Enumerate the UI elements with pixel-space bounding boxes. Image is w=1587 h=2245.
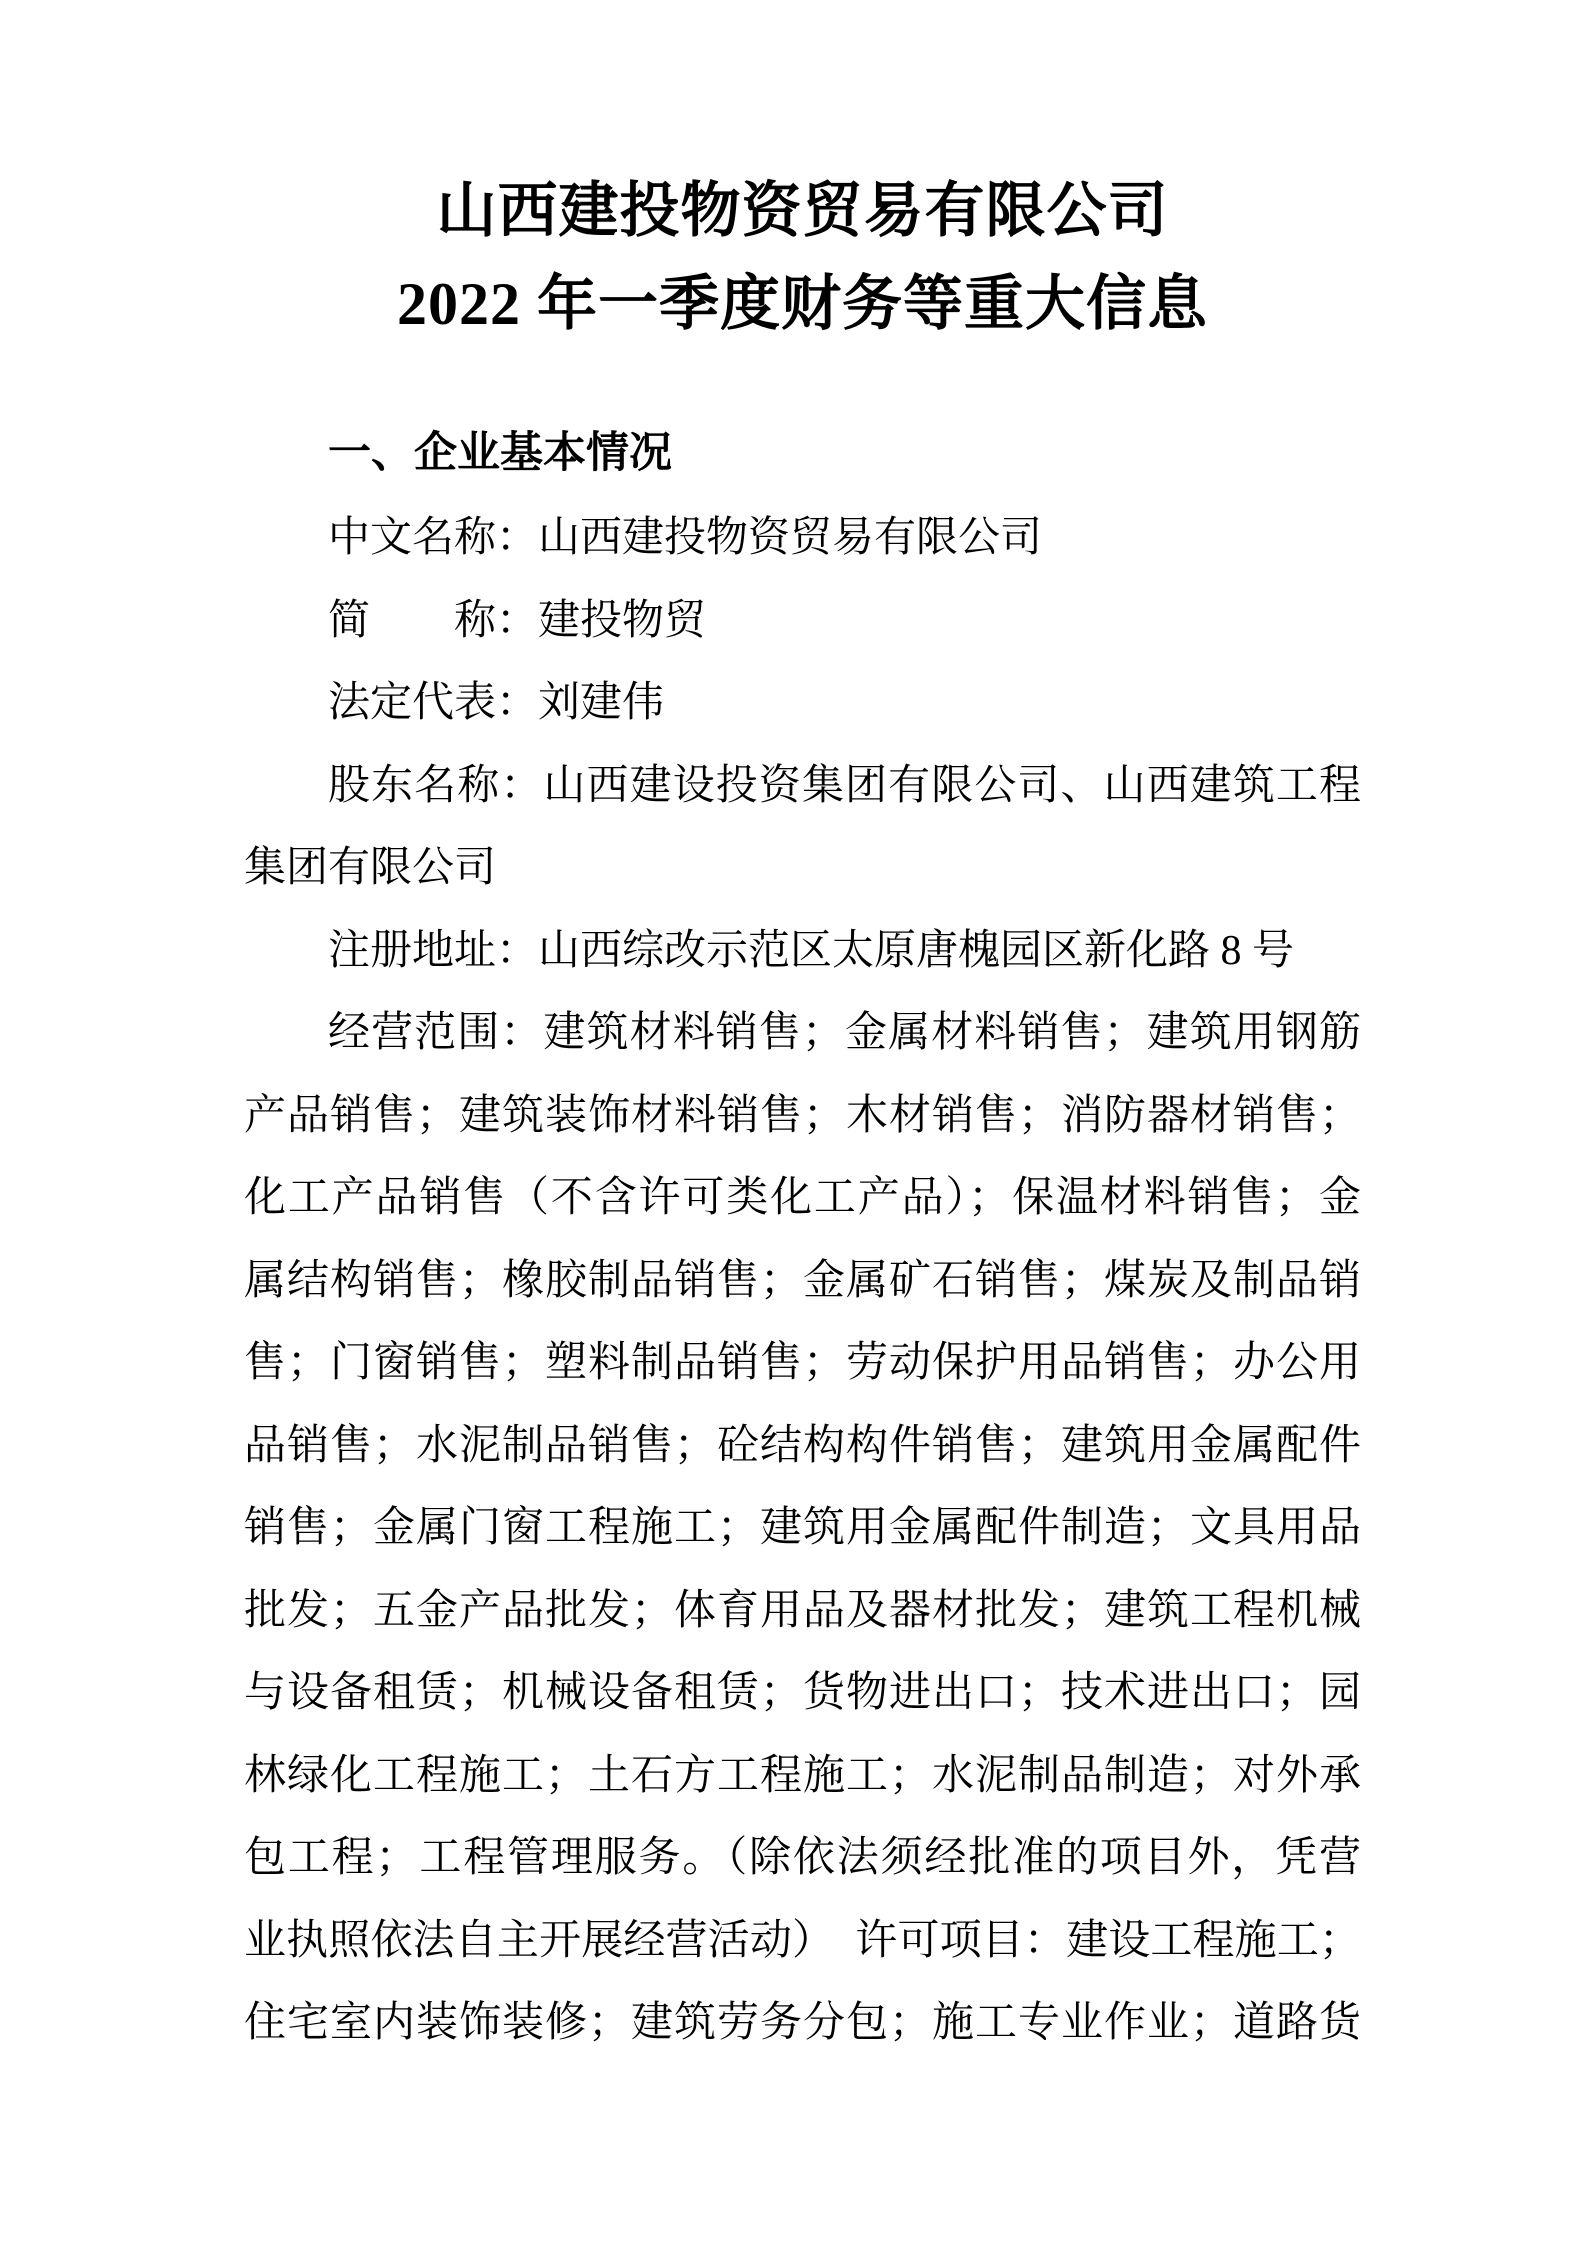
document-title-line1: 山西建投物资贸易有限公司: [244, 165, 1361, 258]
document-line: 品销售；水泥制品销售；砼结构构件销售；建筑用金属配件: [244, 1405, 1361, 1488]
document-line: 集团有限公司: [244, 827, 1361, 910]
document-line: 属结构销售；橡胶制品销售；金属矿石销售；煤炭及制品销: [244, 1240, 1361, 1323]
document-line: 包工程；工程管理服务。（除依法须经批准的项目外，凭营: [244, 1817, 1361, 1900]
document-line: 销售；金属门窗工程施工；建筑用金属配件制造；文具用品: [244, 1487, 1361, 1570]
document-line: 产品销售；建筑装饰材料销售；木材销售；消防器材销售；: [244, 1075, 1361, 1158]
document-content: 山西建投物资贸易有限公司 2022 年一季度财务等重大信息 一、企业基本情况 中…: [0, 165, 1587, 2065]
document-line: 售；门窗销售；塑料制品销售；劳动保护用品销售；办公用: [244, 1322, 1361, 1405]
document-line: 住宅室内装饰装修；建筑劳务分包；施工专业作业；道路货: [244, 1982, 1361, 2065]
document-line: 与设备租赁；机械设备租赁；货物进出口；技术进出口；园: [244, 1652, 1361, 1735]
document-line: 经营范围：建筑材料销售；金属材料销售；建筑用钢筋: [244, 992, 1361, 1075]
document-line: 林绿化工程施工；土石方工程施工；水泥制品制造；对外承: [244, 1735, 1361, 1818]
document-page: 山西建投物资贸易有限公司 2022 年一季度财务等重大信息 一、企业基本情况 中…: [0, 0, 1587, 2245]
document-line: 业执照依法自主开展经营活动） 许可项目：建设工程施工；: [244, 1900, 1361, 1983]
document-line: 简 称：建投物贸: [244, 580, 1361, 663]
document-line: 股东名称：山西建设投资集团有限公司、山西建筑工程: [244, 745, 1361, 828]
document-line: 法定代表：刘建伟: [244, 662, 1361, 745]
document-title-line2: 2022 年一季度财务等重大信息: [244, 258, 1361, 351]
document-line: 注册地址：山西综改示范区太原唐槐园区新化路 8 号: [244, 910, 1361, 993]
document-line: 化工产品销售（不含许可类化工产品）；保温材料销售；金: [244, 1157, 1361, 1240]
document-body: 中文名称：山西建投物资贸易有限公司简 称：建投物贸法定代表：刘建伟股东名称：山西…: [244, 497, 1361, 2065]
document-title: 山西建投物资贸易有限公司 2022 年一季度财务等重大信息: [244, 165, 1361, 351]
document-line: 中文名称：山西建投物资贸易有限公司: [244, 497, 1361, 580]
section-heading: 一、企业基本情况: [244, 423, 1361, 483]
document-line: 批发；五金产品批发；体育用品及器材批发；建筑工程机械: [244, 1570, 1361, 1653]
